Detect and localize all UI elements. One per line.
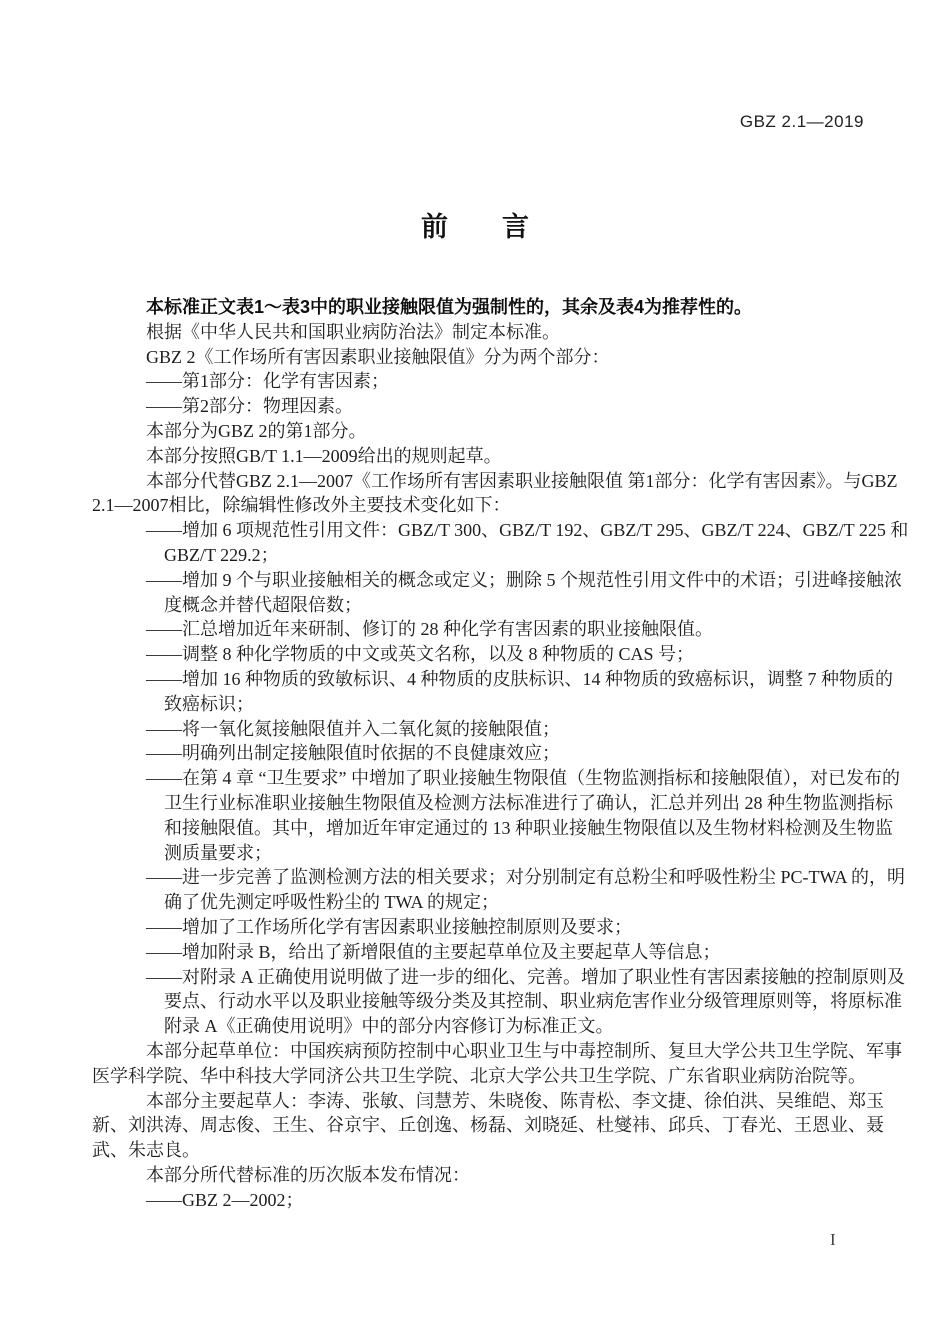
list-item: ——增加 6 项规范性引用文件：GBZ/T 300、GBZ/T 192、GBZ/… [92, 518, 910, 568]
list-item: ——GBZ 2—2002； [92, 1188, 910, 1213]
list-item: ——将一氧化氮接触限值并入二氧化氮的接触限值； [92, 717, 910, 742]
paragraph: 本标准正文表1～表3中的职业接触限值为强制性的，其余及表4为推荐性的。 [92, 295, 910, 320]
paragraph: 本部分代替GBZ 2.1—2007《工作场所有害因素职业接触限值 第1部分：化学… [92, 469, 910, 519]
list-item: ——增加 9 个与职业接触相关的概念或定义；删除 5 个规范性引用文件中的术语；… [92, 568, 910, 618]
paragraph: 本部分为GBZ 2的第1部分。 [92, 419, 910, 444]
paragraph: GBZ 2《工作场所有害因素职业接触限值》分为两个部分： [92, 345, 910, 370]
page-number: I [830, 1230, 836, 1250]
list-item: ——进一步完善了监测检测方法的相关要求；对分别制定有总粉尘和呼吸性粉尘 PC-T… [92, 865, 910, 915]
list-item: ——调整 8 种化学物质的中文或英文名称，以及 8 种物质的 CAS 号； [92, 642, 910, 667]
list-item: ——增加 16 种物质的致敏标识、4 种物质的皮肤标识、14 种物质的致癌标识，… [92, 667, 910, 717]
page-title: 前 言 [0, 205, 950, 244]
list-item: ——增加了工作场所化学有害因素职业接触控制原则及要求； [92, 915, 910, 940]
paragraph: 本部分起草单位：中国疾病预防控制中心职业卫生与中毒控制所、复旦大学公共卫生学院、… [92, 1039, 910, 1089]
paragraph: 本部分主要起草人：李涛、张敏、闫慧芳、朱晓俊、陈青松、李文捷、徐伯洪、吴维皑、郑… [92, 1089, 910, 1163]
list-item: ——第2部分：物理因素。 [92, 394, 910, 419]
list-item: ——增加附录 B，给出了新增限值的主要起草单位及主要起草人等信息； [92, 940, 910, 965]
paragraph: 本部分按照GB/T 1.1—2009给出的规则起草。 [92, 444, 910, 469]
list-item: ——第1部分：化学有害因素； [92, 369, 910, 394]
standard-code-header: GBZ 2.1—2019 [740, 112, 864, 132]
paragraph: 本部分所代替标准的历次版本发布情况： [92, 1163, 910, 1188]
paragraph: 根据《中华人民共和国职业病防治法》制定本标准。 [92, 320, 910, 345]
foreword-body: 本标准正文表1～表3中的职业接触限值为强制性的，其余及表4为推荐性的。根据《中华… [92, 295, 910, 1212]
list-item: ——明确列出制定接触限值时依据的不良健康效应； [92, 741, 910, 766]
document-page: GBZ 2.1—2019 前 言 本标准正文表1～表3中的职业接触限值为强制性的… [0, 0, 950, 1344]
list-item: ——对附录 A 正确使用说明做了进一步的细化、完善。增加了职业性有害因素接触的控… [92, 965, 910, 1039]
list-item: ——在第 4 章 “卫生要求” 中增加了职业接触生物限值（生物监测指标和接触限值… [92, 766, 910, 865]
list-item: ——汇总增加近年来研制、修订的 28 种化学有害因素的职业接触限值。 [92, 617, 910, 642]
